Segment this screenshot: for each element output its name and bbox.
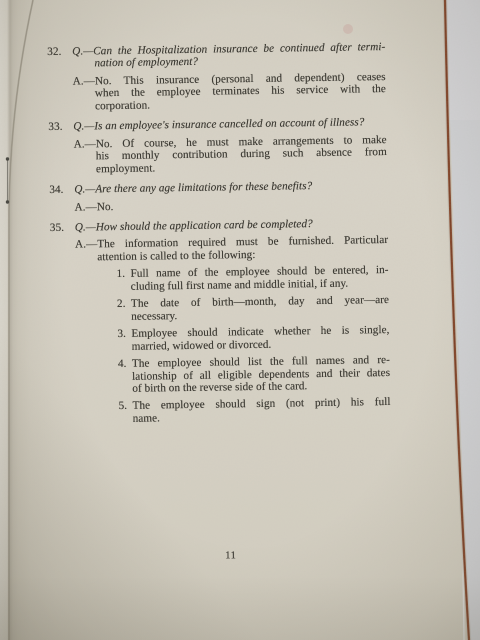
numbered-sub-item-3: 3.Employee should indicate whether he is… bbox=[117, 324, 389, 353]
question-row: 32. Q.—Can the Hospitalization insurance… bbox=[47, 41, 385, 71]
numbered-sub-item-1: 1.Full name of the employee should be en… bbox=[116, 264, 388, 293]
question-body: Q.—Can the Hospitalization insurance be … bbox=[72, 41, 385, 71]
text-line: Q.—How should the application card be co… bbox=[75, 217, 388, 234]
qa-item-32: 32. Q.—Can the Hospitalization insurance… bbox=[47, 41, 386, 113]
answer-body: A.—No. This insurance (personal and depe… bbox=[73, 71, 387, 113]
sub-item-number: 5. bbox=[118, 400, 132, 413]
question-text: Is an employee's insurance cancelled on … bbox=[94, 117, 364, 133]
number-spacer bbox=[50, 239, 75, 264]
numbered-sub-item-2: 2.The date of birth—month, day and year—… bbox=[117, 294, 389, 323]
question-body: Q.—How should the application card be co… bbox=[75, 217, 388, 234]
question-row: 34. Q.—Are there any age limitations for… bbox=[49, 179, 387, 196]
answer-body: A.—The information required must be furn… bbox=[75, 234, 388, 264]
question-body: Q.—Is an employee's insurance cancelled … bbox=[73, 116, 386, 133]
a-prefix: A.— bbox=[73, 75, 95, 87]
answer-body: A.—No. bbox=[74, 197, 387, 214]
question-body: Q.—Are there any age limitations for the… bbox=[74, 179, 387, 196]
a-prefix: A.— bbox=[75, 239, 97, 251]
question-number: 35. bbox=[50, 222, 75, 235]
question-text: How should the application card be compl… bbox=[96, 218, 313, 233]
question-number: 34. bbox=[49, 184, 74, 197]
numbered-sub-item-5: 5.The employee should sign (not print) h… bbox=[118, 396, 390, 425]
answer-body: A.—No. Of course, he must make arrangeme… bbox=[74, 134, 388, 176]
number-spacer bbox=[48, 76, 74, 114]
page-content: 32. Q.—Can the Hospitalization insurance… bbox=[47, 41, 391, 426]
text-line: Q.—Are there any age limitations for the… bbox=[74, 179, 387, 196]
q-prefix: Q.— bbox=[73, 121, 94, 133]
qa-item-34: 34. Q.—Are there any age limitations for… bbox=[49, 179, 387, 214]
question-number: 32. bbox=[47, 46, 72, 71]
question-row: 35. Q.—How should the application card b… bbox=[50, 217, 388, 234]
text-line: of birth on the reverse side of the card… bbox=[132, 379, 390, 395]
number-spacer bbox=[49, 201, 74, 214]
text-line: cluding full first name and middle initi… bbox=[131, 277, 389, 293]
question-row: 33. Q.—Is an employee's insurance cancel… bbox=[48, 116, 386, 133]
sub-item-number: 4. bbox=[118, 358, 132, 371]
qa-item-35: 35. Q.—How should the application card b… bbox=[50, 217, 391, 426]
a-prefix: A.— bbox=[74, 138, 96, 150]
a-prefix: A.— bbox=[74, 201, 96, 213]
q-prefix: Q.— bbox=[74, 183, 95, 195]
question-number: 33. bbox=[48, 121, 73, 134]
qa-item-33: 33. Q.—Is an employee's insurance cancel… bbox=[48, 116, 387, 176]
number-spacer bbox=[49, 138, 75, 176]
sub-item-number: 2. bbox=[117, 298, 131, 311]
photo-of-booklet-page: 32. Q.—Can the Hospitalization insurance… bbox=[0, 0, 480, 640]
text-line: Q.—Is an employee's insurance cancelled … bbox=[73, 116, 386, 133]
text-line: A.—No. bbox=[74, 197, 387, 214]
q-prefix: Q.— bbox=[72, 45, 93, 57]
answer-text: No. bbox=[97, 201, 114, 213]
answer-row: A.—The information required must be furn… bbox=[50, 234, 388, 264]
sub-item-number: 1. bbox=[116, 268, 130, 281]
numbered-sub-item-4: 4.The employee should list the full name… bbox=[118, 354, 391, 395]
answer-row: A.—No. This insurance (personal and depe… bbox=[48, 71, 387, 113]
sub-item-number: 3. bbox=[117, 328, 131, 341]
answer-row: A.—No. bbox=[49, 197, 387, 214]
paper-smudge bbox=[343, 24, 353, 34]
spine-crease bbox=[9, 0, 33, 640]
question-text: Are there any age limitations for these … bbox=[95, 180, 312, 195]
q-prefix: Q.— bbox=[75, 221, 96, 233]
answer-row: A.—No. Of course, he must make arrangeme… bbox=[49, 134, 388, 176]
